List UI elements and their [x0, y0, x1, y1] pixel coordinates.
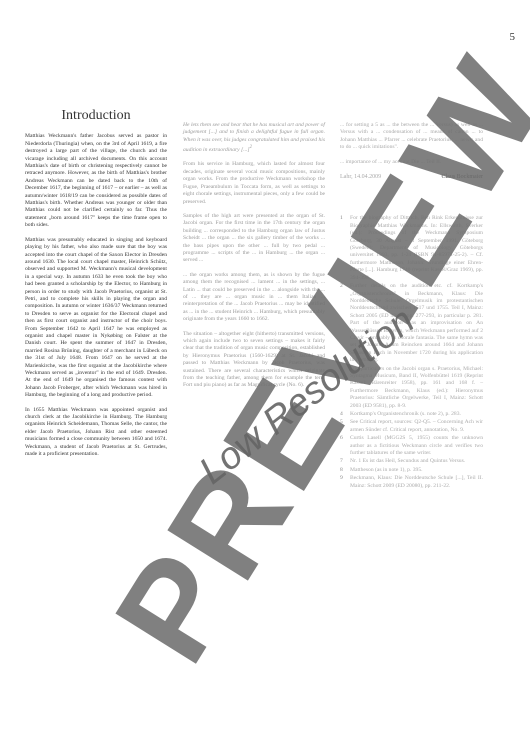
footnote: 6Curtis Lasell (MGG2S 5, 1955) counts th… — [340, 435, 483, 457]
right-column: ... for setting a 5 as ... the between t… — [340, 38, 483, 491]
paragraph: ... for setting a 5 as ... the between t… — [340, 122, 483, 152]
signature-place-date: Lahr, 14.04.2009 — [340, 174, 381, 181]
footnote-text: Full particulars on the Jacobi organ s. … — [350, 366, 483, 410]
footnote-text: Nr. 1 Es ist das Heil, Secundus and Quin… — [350, 458, 465, 465]
footnote: 2Further details on the audition etc. cf… — [340, 283, 483, 364]
footnote: 7Nr. 1 Es ist das Heil, Secundus and Qui… — [340, 458, 483, 465]
paragraph: Matthias Weckmann's father Jacobus serve… — [25, 133, 167, 229]
footnote: 9Beckmann, Klaus: Die Norddeutsche Schul… — [340, 475, 483, 490]
footnote-number: 9 — [340, 475, 346, 490]
paragraph: The situation – altogether eight (hither… — [183, 331, 325, 390]
footnote-text: See Critical report, sources: Q2-Q5. – C… — [350, 419, 483, 434]
footnote-text: Curtis Lasell (MGG2S 5, 1955) counts the… — [350, 435, 483, 457]
left-column: Introduction Matthias Weckmann's father … — [25, 90, 167, 465]
paragraph: ... importance of ... my account Die ...… — [340, 159, 483, 166]
footnote-number: 1 — [340, 215, 346, 282]
paragraph: ... the organ works among them, as is sh… — [183, 272, 325, 324]
page-number: 5 — [510, 31, 516, 43]
footnote: 5See Critical report, sources: Q2-Q5. – … — [340, 419, 483, 434]
footnote: 3Full particulars on the Jacobi organ s.… — [340, 366, 483, 410]
footnote-number: 6 — [340, 435, 346, 457]
footnote: 4Kortkamp's Organistenchronik (s. note 2… — [340, 411, 483, 418]
page-title: Introduction — [25, 112, 167, 119]
footnote-number: 4 — [340, 411, 346, 418]
footnote-number: 2 — [340, 283, 346, 364]
footnote-number: 7 — [340, 458, 346, 465]
footnote-text: Beckmann, Klaus: Die Norddeutsche Schule… — [350, 475, 483, 490]
footnote-text: For the biography of Dittrich, Ben Rink … — [350, 215, 483, 282]
paragraph: Matthias was presumably educated in sing… — [25, 237, 167, 400]
paragraph: In 1655 Matthias Weckmann was appointed … — [25, 407, 167, 459]
middle-column: He lets them see and hear that he has mu… — [183, 38, 325, 397]
footnote-number: 8 — [340, 467, 346, 474]
footnote-text: Kortkamp's Organistenchronik (s. note 2)… — [350, 411, 461, 418]
signature-name: Claus Bockmaier — [442, 174, 484, 181]
signature-line: Lahr, 14.04.2009 Claus Bockmaier — [340, 174, 483, 181]
quote-block: He lets them see and hear that he has mu… — [183, 122, 325, 154]
footnote-text: Mattheson (as in note 1), p. 395. — [350, 467, 423, 474]
footnotes: 1For the biography of Dittrich, Ben Rink… — [340, 215, 483, 490]
footnote-ref: 2 — [250, 145, 252, 150]
footnote: 1For the biography of Dittrich, Ben Rink… — [340, 215, 483, 282]
footnote-number: 5 — [340, 419, 346, 434]
quote-text: He lets them see and hear that he has mu… — [183, 122, 325, 153]
paragraph: From his service in Hamburg, which laste… — [183, 161, 325, 205]
footnote-text: Further details on the audition etc. cf.… — [350, 283, 483, 364]
footnote: 8Mattheson (as in note 1), p. 395. — [340, 467, 483, 474]
paragraph: Samples of the high art were presented a… — [183, 213, 325, 265]
footnote-number: 3 — [340, 366, 346, 410]
